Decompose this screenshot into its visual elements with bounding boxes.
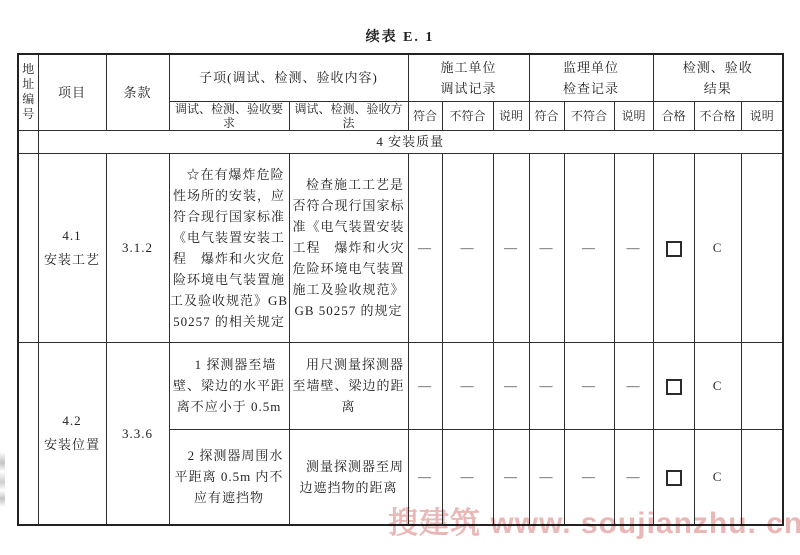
header-cell-address: 地址编号 [18, 54, 38, 130]
header-supervision-line1: 监理单位 [530, 57, 653, 78]
header-cell-clause: 条款 [106, 54, 169, 130]
header-cell-requirement: 调试、检测、验收要求 [169, 101, 289, 130]
section-title: 4 安装质量 [38, 130, 783, 153]
pass-cell [653, 153, 694, 342]
header-construction-line2: 调试记录 [409, 78, 529, 99]
sup-note-mark: — [614, 153, 653, 342]
table-row-4-1: 4.1 安装工艺 3.1.2 ☆在有爆炸危险性场所的安装，应符合现行国家标准《电… [18, 153, 783, 342]
header-row-groups: 地址编号 项目 条款 子项(调试、检测、验收内容) 施工单位 调试记录 监理单位… [18, 54, 783, 101]
clause-cell-4-1: 3.1.2 [106, 153, 169, 342]
scanned-document-page: 续表 E. 1 地址编号 项目 条款 子项(调试、检测、验收内容) 施工单位 调… [0, 0, 800, 555]
cons-conform-mark: — [408, 153, 442, 342]
fail-code-cell: C [694, 153, 741, 342]
address-cell-empty [18, 153, 38, 342]
header-cell-subitem: 子项(调试、检测、验收内容) [169, 54, 408, 101]
section-row: 4 安装质量 [18, 130, 783, 153]
pass-cell [653, 342, 694, 429]
header-result-line2: 结果 [654, 78, 783, 99]
header-construction-line1: 施工单位 [409, 57, 529, 78]
cons-note-mark: — [493, 342, 529, 429]
project-name: 安装工艺 [39, 248, 106, 272]
checkbox-icon [666, 470, 682, 486]
header-cell-cons-nonconform: 不符合 [442, 101, 493, 130]
header-cell-pass: 合格 [653, 101, 694, 130]
checkbox-icon [666, 241, 682, 257]
scan-artifact [0, 452, 5, 507]
sup-nonconform-mark: — [564, 153, 614, 342]
sup-conform-mark: — [529, 342, 564, 429]
checkbox-icon [666, 379, 682, 395]
header-result-line1: 检测、验收 [654, 57, 783, 78]
header-cell-result: 检测、验收 结果 [653, 54, 783, 101]
project-number: 4.2 [39, 409, 106, 433]
requirement-cell-4-1: ☆在有爆炸危险性场所的安装，应符合现行国家标准《电气装置安装工程 爆炸和火灾危险… [169, 153, 289, 342]
fail-code-cell: C [694, 342, 741, 429]
address-cell-empty [18, 342, 38, 525]
table-row-4-2-sub1: 4.2 安装位置 3.3.6 1 探测器至墙壁、梁边的水平距离不应小于 0.5m… [18, 342, 783, 429]
sup-note-mark: — [614, 342, 653, 429]
clause-cell-4-2: 3.3.6 [106, 342, 169, 525]
sup-conform-mark: — [529, 153, 564, 342]
requirement-cell-4-2-2: 2 探测器周围水平距离 0.5m 内不应有遮挡物 [169, 429, 289, 525]
project-cell-4-2: 4.2 安装位置 [38, 342, 106, 525]
address-cell-empty [18, 130, 38, 153]
cons-note-mark: — [493, 153, 529, 342]
header-supervision-line2: 检查记录 [530, 78, 653, 99]
method-cell-4-2-1: 用尺测量探测器至墙壁、梁边的距离 [289, 342, 408, 429]
header-cell-cons-conform: 符合 [408, 101, 442, 130]
header-cell-cons-note: 说明 [493, 101, 529, 130]
sup-nonconform-mark: — [564, 342, 614, 429]
requirement-cell-4-2-1: 1 探测器至墙壁、梁边的水平距离不应小于 0.5m [169, 342, 289, 429]
header-cell-method: 调试、检测、验收方法 [289, 101, 408, 130]
header-cell-supervision: 监理单位 检查记录 [529, 54, 653, 101]
header-cell-sup-nonconform: 不符合 [564, 101, 614, 130]
cons-nonconform-mark: — [442, 342, 493, 429]
result-note-cell [741, 342, 783, 429]
method-cell-4-1: 检查施工工艺是否符合现行国家标准《电气装置安装工程 爆炸和火灾危险环境电气装置施… [289, 153, 408, 342]
header-cell-project: 项目 [38, 54, 106, 130]
header-cell-sup-conform: 符合 [529, 101, 564, 130]
header-cell-result-note: 说明 [741, 101, 783, 130]
acceptance-record-table: 地址编号 项目 条款 子项(调试、检测、验收内容) 施工单位 调试记录 监理单位… [17, 53, 784, 526]
project-name: 安装位置 [39, 433, 106, 457]
header-cell-construction: 施工单位 调试记录 [408, 54, 529, 101]
page-title: 续表 E. 1 [17, 26, 783, 46]
result-note-cell [741, 153, 783, 342]
watermark: 搜建筑 www. soujianzhu. cn [388, 498, 800, 542]
project-number: 4.1 [39, 224, 106, 248]
project-cell-4-1: 4.1 安装工艺 [38, 153, 106, 342]
header-address-label: 地址编号 [21, 62, 35, 122]
cons-conform-mark: — [408, 342, 442, 429]
header-cell-sup-note: 说明 [614, 101, 653, 130]
cons-nonconform-mark: — [442, 153, 493, 342]
header-cell-fail: 不合格 [694, 101, 741, 130]
